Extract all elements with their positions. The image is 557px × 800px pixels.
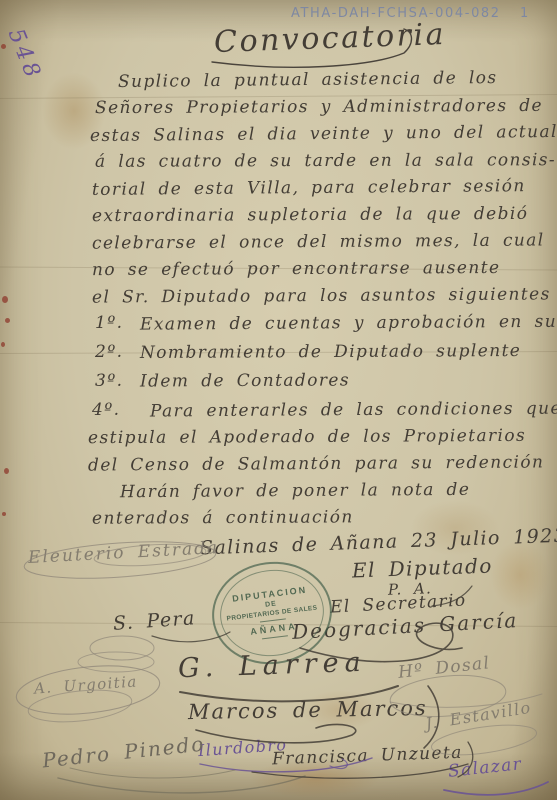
marcos-swash-flourish [196, 724, 356, 742]
dosal-flourish [388, 671, 507, 721]
flourish-layer [0, 0, 557, 800]
pera-tail-flourish [152, 632, 230, 642]
larrea-underline-flourish [180, 686, 398, 701]
secretario-tail-flourish [432, 586, 472, 606]
pera-loop-flourish [90, 636, 154, 660]
pinedo-tail-flourish [58, 776, 305, 793]
estavillo-flourish [430, 720, 539, 760]
estrada-flourish [93, 541, 206, 569]
pera-loop-flourish [78, 652, 154, 672]
title-underline-flourish [212, 29, 412, 67]
document-scan: ATHA-DAH-FCHSA-004-082 1 548 Convocatori… [0, 0, 557, 800]
salazar-underline-flourish [444, 782, 548, 795]
francisca-descender-flourish [458, 742, 473, 777]
urgoitia-flourish [27, 686, 134, 727]
ilurdobro-swash-flourish [200, 758, 372, 772]
dosal-strike-flourish [390, 694, 542, 707]
garcia-loop-flourish [300, 623, 462, 662]
pinedo-tail-flourish [70, 768, 235, 778]
